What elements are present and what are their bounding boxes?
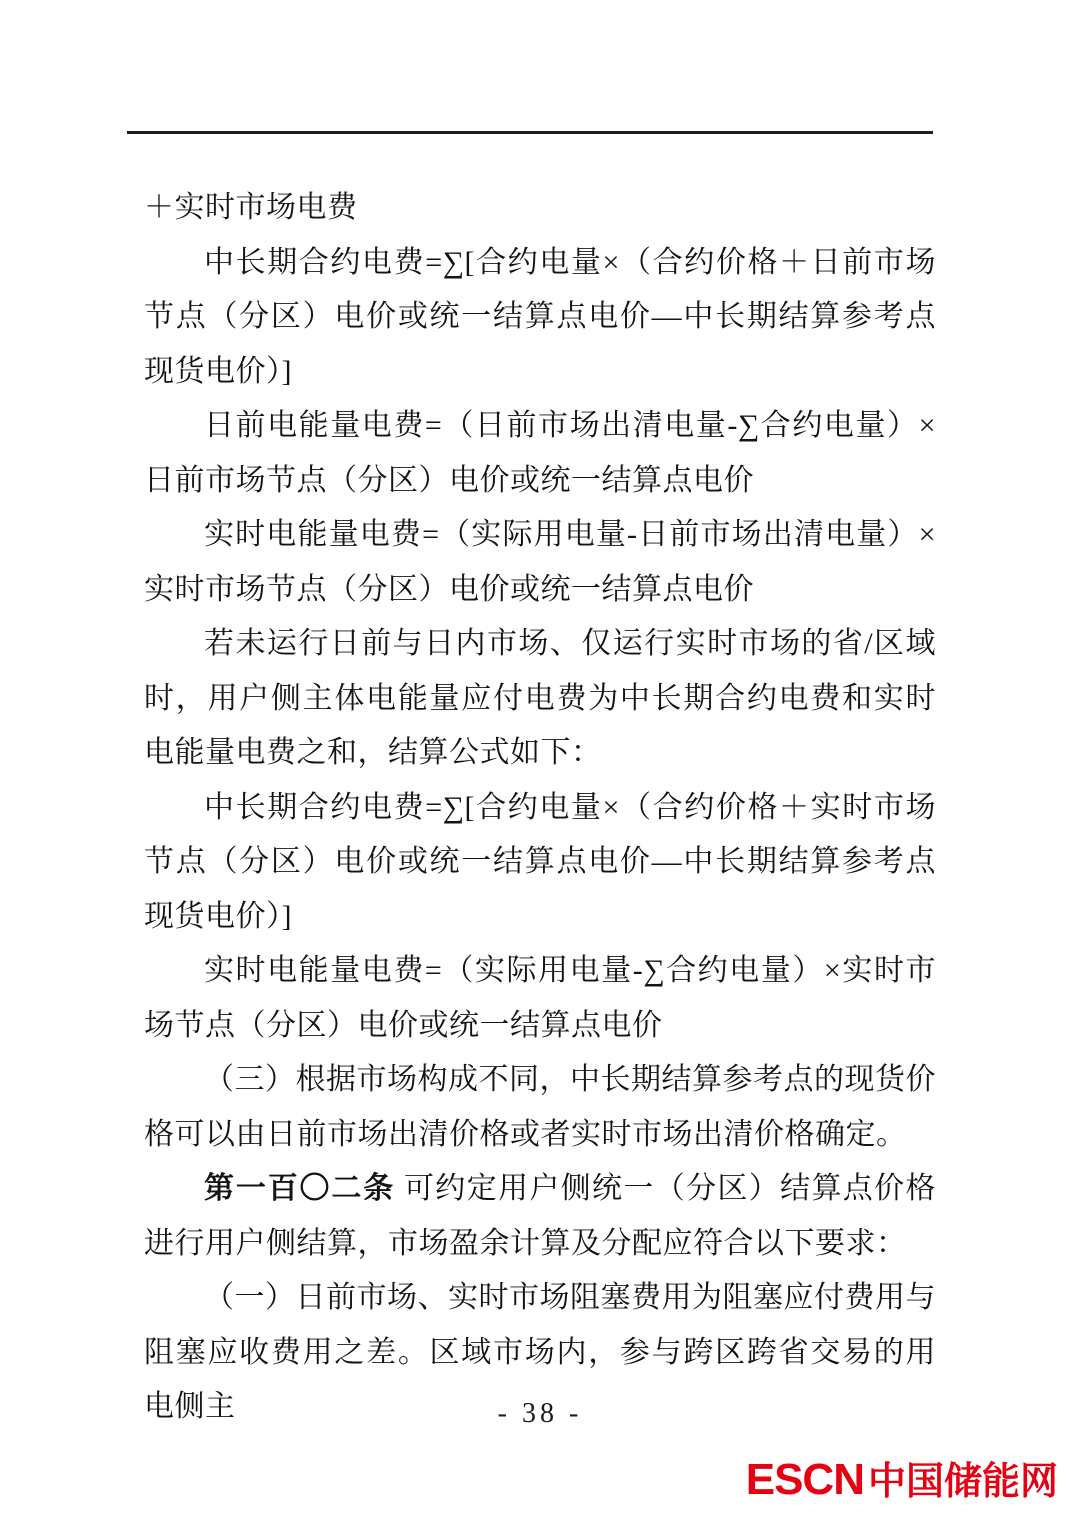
- paragraph: 中长期合约电费=∑[合约电量×（合约价格＋实时市场节点（分区）电价或统一结算点电…: [144, 781, 936, 945]
- escn-logo-text: ESCN: [746, 1458, 864, 1502]
- header-divider: [127, 131, 933, 134]
- paragraph: 实时电能量电费=（实际用电量-日前市场出清电量）×实时市场节点（分区）电价或统一…: [144, 508, 936, 617]
- document-body: ＋实时市场电费中长期合约电费=∑[合约电量×（合约价格＋日前市场节点（分区）电价…: [144, 181, 936, 1435]
- escn-site-name: 中国储能网: [868, 1460, 1058, 1504]
- paragraph: ＋实时市场电费: [144, 181, 936, 236]
- paragraph: 第一百〇二条 可约定用户侧统一（分区）结算点价格进行用户侧结算，市场盈余计算及分…: [144, 1162, 936, 1271]
- article-number: 第一百〇二条: [204, 1172, 395, 1205]
- paragraph: 中长期合约电费=∑[合约电量×（合约价格＋日前市场节点（分区）电价或统一结算点电…: [144, 236, 936, 400]
- paragraph: 若未运行日前与日内市场、仅运行实时市场的省/区域时，用户侧主体电能量应付电费为中…: [144, 617, 936, 781]
- escn-logo: ESCN 中国储能网: [746, 1458, 1058, 1504]
- paragraph: （三）根据市场构成不同，中长期结算参考点的现货价格可以由日前市场出清价格或者实时…: [144, 1053, 936, 1162]
- paragraph: 实时电能量电费=（实际用电量-∑合约电量）×实时市场节点（分区）电价或统一结算点…: [144, 944, 936, 1053]
- document-page: ＋实时市场电费中长期合约电费=∑[合约电量×（合约价格＋日前市场节点（分区）电价…: [0, 0, 1080, 1527]
- paragraph: 日前电能量电费=（日前市场出清电量-∑合约电量）×日前市场节点（分区）电价或统一…: [144, 399, 936, 508]
- page-number: - 38 -: [0, 1398, 1080, 1430]
